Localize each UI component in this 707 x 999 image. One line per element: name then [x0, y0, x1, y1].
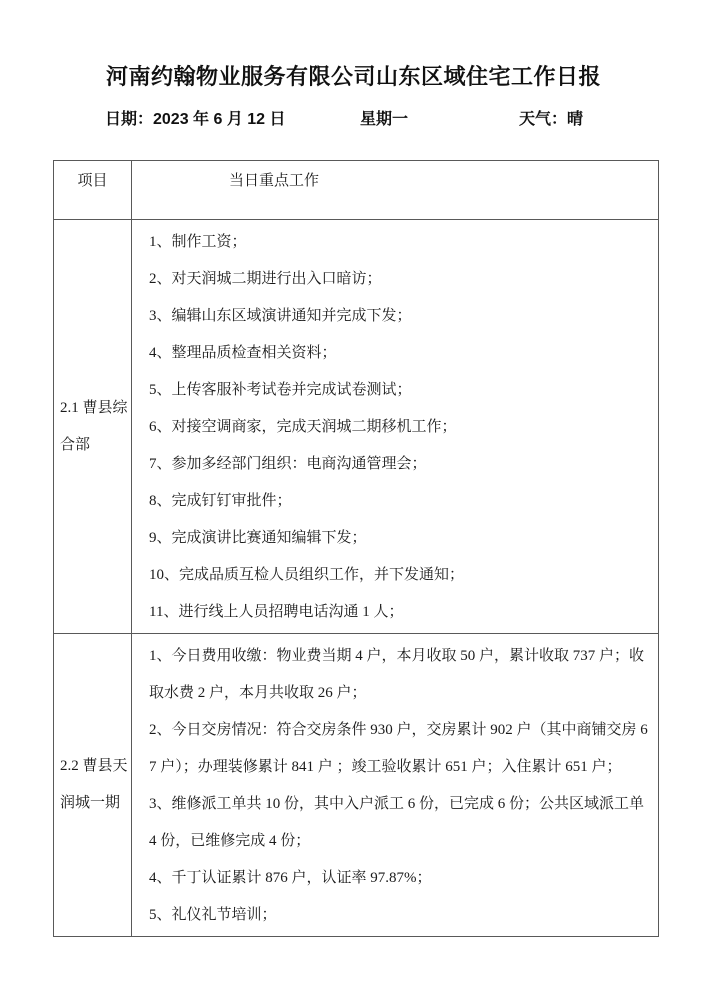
- work-cell: 1、今日费用收缴：物业费当期 4 户，本月收取 50 户，累计收取 737 户；…: [132, 634, 659, 937]
- work-item: 2、今日交房情况：符合交房条件 930 户，交房累计 902 户（其中商铺交房 …: [149, 712, 652, 786]
- header-project: 项目: [54, 161, 132, 220]
- work-item: 7、参加多经部门组织：电商沟通管理会；: [149, 446, 652, 483]
- work-item: 4、千丁认证累计 876 户，认证率 97.87%；: [149, 860, 652, 897]
- table-header-row: 项目 当日重点工作: [54, 161, 659, 220]
- work-item: 4、整理品质检查相关资料；: [149, 335, 652, 372]
- work-item: 11、进行线上人员招聘电话沟通 1 人；: [149, 594, 652, 631]
- meta-row: 日期：2023 年 6 月 12 日 星期一 天气：晴: [0, 106, 707, 130]
- work-cell: 1、制作工资； 2、对天润城二期进行出入口暗访； 3、编辑山东区域演讲通知并完成…: [132, 220, 659, 634]
- weekday-field: 星期一: [360, 106, 408, 129]
- work-item: 6、对接空调商家，完成天润城二期移机工作；: [149, 409, 652, 446]
- work-item: 5、上传客服补考试卷并完成试卷测试；: [149, 372, 652, 409]
- work-item: 10、完成品质互检人员组织工作，并下发通知；: [149, 557, 652, 594]
- work-item: 5、礼仪礼节培训；: [149, 897, 652, 934]
- daily-report-table: 项目 当日重点工作 2.1 曹县综合部 1、制作工资； 2、对天润城二期进行出入…: [53, 160, 659, 937]
- work-item: 3、编辑山东区域演讲通知并完成下发；: [149, 298, 652, 335]
- table-row: 2.1 曹县综合部 1、制作工资； 2、对天润城二期进行出入口暗访； 3、编辑山…: [54, 220, 659, 634]
- date-field: 日期：2023 年 6 月 12 日: [105, 106, 286, 129]
- work-item: 1、制作工资；: [149, 224, 652, 261]
- header-daily-key-work: 当日重点工作: [132, 161, 659, 220]
- document-page: 河南约翰物业服务有限公司山东区域住宅工作日报 日期：2023 年 6 月 12 …: [0, 0, 707, 999]
- table-row: 2.2 曹县天润城一期 1、今日费用收缴：物业费当期 4 户，本月收取 50 户…: [54, 634, 659, 937]
- project-cell: 2.2 曹县天润城一期: [54, 634, 132, 937]
- work-item: 9、完成演讲比赛通知编辑下发；: [149, 520, 652, 557]
- work-item: 2、对天润城二期进行出入口暗访；: [149, 261, 652, 298]
- work-item: 1、今日费用收缴：物业费当期 4 户，本月收取 50 户，累计收取 737 户；…: [149, 638, 652, 712]
- work-item: 8、完成钉钉审批件；: [149, 483, 652, 520]
- document-title: 河南约翰物业服务有限公司山东区域住宅工作日报: [0, 60, 707, 91]
- work-item: 3、维修派工单共 10 份，其中入户派工 6 份，已完成 6 份；公共区域派工单…: [149, 786, 652, 860]
- weather-field: 天气：晴: [519, 106, 583, 129]
- project-cell: 2.1 曹县综合部: [54, 220, 132, 634]
